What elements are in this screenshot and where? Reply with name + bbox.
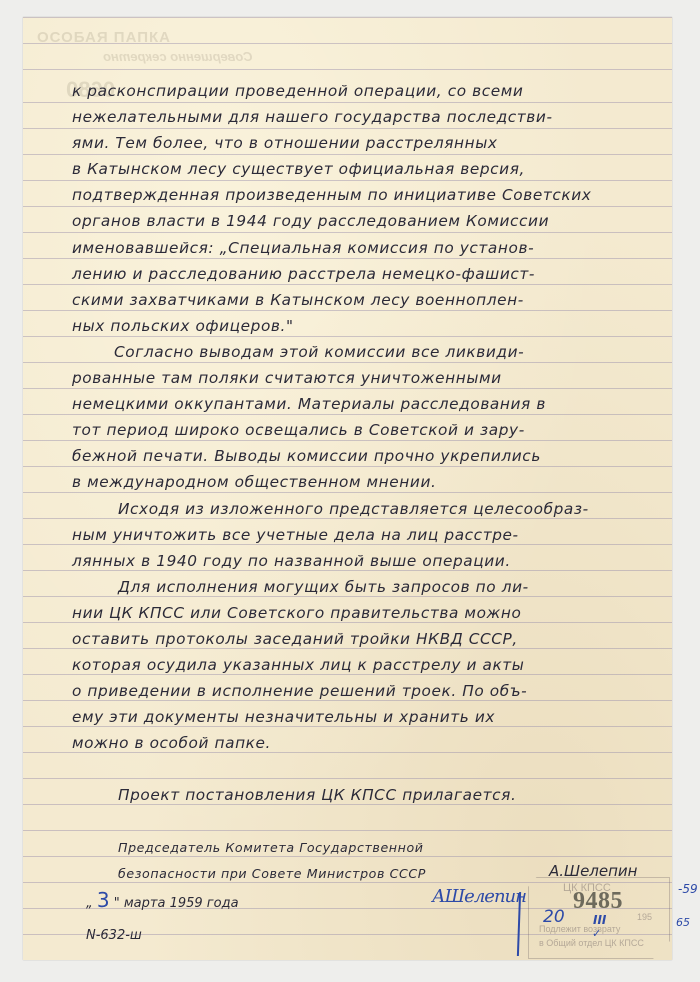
body-line: органов власти в 1944 году расследование… bbox=[72, 208, 652, 234]
paragraph-line: Для исполнения могущих быть запросов по … bbox=[72, 574, 652, 600]
date-open-quote: „ bbox=[86, 896, 93, 911]
body-line: подтвержденная произведенным по инициати… bbox=[72, 182, 652, 208]
paragraph-line: которая осудила указанных лиц к расстрел… bbox=[72, 652, 652, 678]
document-date: „ 3 " марта 1959 года bbox=[86, 888, 239, 912]
paragraph-line: Согласно выводам этой комиссии все ликви… bbox=[72, 339, 652, 365]
date-day: 3 bbox=[97, 888, 110, 912]
attachment-note: Проект постановления ЦК КПСС прилагается… bbox=[72, 782, 652, 808]
paragraph-line: оставить протоколы заседаний тройки НКВД… bbox=[72, 626, 652, 652]
bleed-through-text: Совершенно секретно bbox=[103, 49, 253, 64]
paragraph-line: тот период широко освещались в Советской… bbox=[72, 417, 652, 443]
paragraph-line: нии ЦК КПСС или Советского правительства… bbox=[72, 600, 652, 626]
paragraph-line: ему эти документы незначительны и хранит… bbox=[72, 704, 652, 730]
paragraph-line: о приведении в исполнение решений троек.… bbox=[72, 678, 652, 704]
paragraph-line: Исходя из изложенного представляется цел… bbox=[72, 496, 652, 522]
paragraph-line: можно в особой папке. bbox=[72, 730, 652, 756]
body-line: нежелательными для нашего государства по… bbox=[72, 104, 652, 130]
registration-year: 65 bbox=[676, 916, 690, 929]
registration-month: III bbox=[593, 913, 606, 927]
paragraph-line: лянных в 1940 году по названной выше опе… bbox=[72, 548, 652, 574]
paragraph-line: ным уничтожить все учетные дела на лиц р… bbox=[72, 522, 652, 548]
paragraph-line: бежной печати. Выводы комиссии прочно ук… bbox=[72, 443, 652, 469]
body-line: лению и расследованию расстрела немецко-… bbox=[72, 261, 652, 287]
outgoing-number: N-632-ш bbox=[86, 928, 142, 943]
stamp-year: 195 bbox=[637, 912, 652, 922]
bleed-through-stamp: ОСОБАЯ ПАПКА bbox=[37, 29, 171, 46]
registration-number: 9485 bbox=[573, 888, 623, 915]
paragraph-line: рованные там поляки считаются уничтоженн… bbox=[72, 365, 652, 391]
date-rest: " марта 1959 года bbox=[114, 896, 239, 911]
handwritten-signature: АШелепин bbox=[432, 886, 526, 907]
check-mark-icon: ✓ bbox=[592, 927, 601, 940]
paragraph-line: немецкими оккупантами. Материалы расслед… bbox=[72, 391, 652, 417]
body-line: именовавшейся: „Специальная комиссия по … bbox=[72, 235, 652, 261]
body-line: ями. Тем более, что в отношении расстрел… bbox=[72, 130, 652, 156]
letter-body: к расконспирации проведенной операции, с… bbox=[72, 78, 652, 887]
registration-day: 20 bbox=[543, 907, 565, 927]
body-line: в Катынском лесу существует официальная … bbox=[72, 156, 652, 182]
body-line: ных польских офицеров." bbox=[72, 313, 652, 339]
body-line: скими захватчиками в Катынском лесу воен… bbox=[72, 287, 652, 313]
signatory-title-1: Председатель Комитета Государственной bbox=[72, 835, 652, 861]
body-line: к расконспирации проведенной операции, с… bbox=[72, 78, 652, 104]
registration-suffix: -59 bbox=[678, 882, 698, 896]
paragraph-line: в международном общественном мнении. bbox=[72, 469, 652, 495]
